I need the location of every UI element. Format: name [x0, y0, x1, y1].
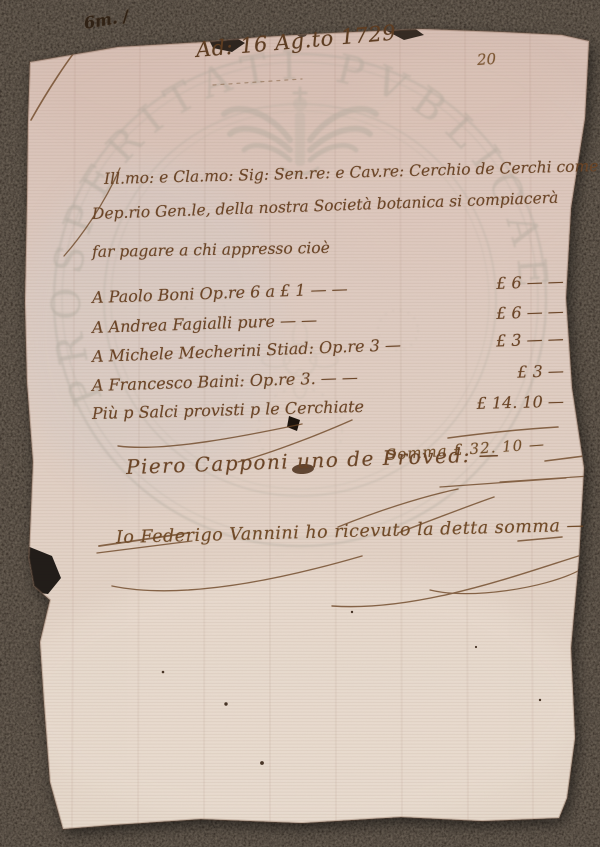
handwriting-layer: 6m. / Ad: 16 Ag.to 1729 20 Ill.mo: e Cla…	[0, 0, 600, 847]
amount-text: £ 3 — —	[496, 329, 564, 351]
payment-row: A Francesco Baini: Op.re 3. — — £ 3 —	[92, 361, 564, 395]
authorization-line: Piero Capponi uno de Proved: —	[126, 442, 501, 479]
amount-text: £ 14. 10 —	[476, 392, 564, 413]
payee-text: Più p Salci provisti p le Cerchiate	[92, 397, 364, 423]
receipt-line: Io Federigo Vannini ho ricevuto la detta…	[116, 516, 585, 548]
amount-text: £ 6 — —	[496, 302, 564, 323]
date-line: Ad: 16 Ag.to 1729	[195, 21, 397, 62]
amount-text: £ 6 — —	[496, 272, 564, 293]
manuscript-scan: PROSPERITATI PVBLICAE	[0, 0, 600, 847]
body-line-3: far pagare a chi appresso cioè	[92, 239, 330, 261]
body-line-1: Ill.mo: e Cla.mo: Sig: Sen.re: e Cav.re:…	[104, 157, 599, 188]
payee-text: A Francesco Baini: Op.re 3. — —	[92, 368, 358, 395]
payee-text: A Paolo Boni Op.re 6 a £ 1 — —	[92, 279, 348, 307]
payee-text: A Michele Mecherini Stiad: Op.re 3 —	[92, 335, 402, 366]
amount-text: £ 3 —	[517, 361, 564, 381]
payment-row: Più p Salci provisti p le Cerchiate £ 14…	[92, 392, 564, 423]
payee-text: A Andrea Fagialli pure — —	[92, 310, 318, 337]
page-number: 20	[476, 50, 496, 69]
payment-row: A Paolo Boni Op.re 6 a £ 1 — — £ 6 — —	[92, 272, 564, 307]
body-line-2: Dep.rio Gen.le, della nostra Società bot…	[92, 189, 559, 223]
archival-mark: 6m. /	[82, 6, 130, 33]
